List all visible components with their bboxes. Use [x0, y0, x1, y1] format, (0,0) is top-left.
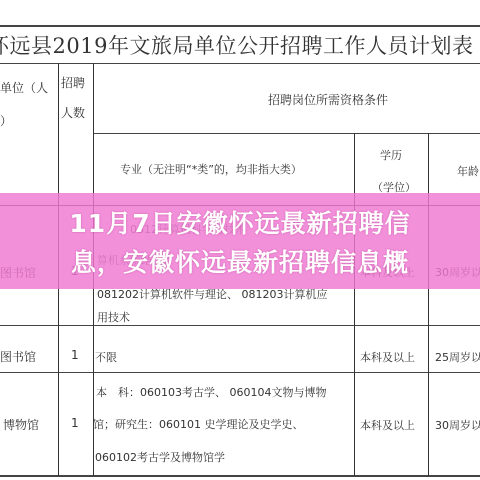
document-title: 怀远县2019年文旅局单位公开招聘工作人员计划表	[0, 30, 473, 60]
header-unit: 单位（人	[0, 79, 48, 96]
subheader-education-line1: 学历	[380, 147, 402, 163]
headline-line1: 11月7日安徽怀远最新招聘信	[0, 204, 480, 240]
header-top-border	[0, 63, 480, 64]
row3-unit: 博物馆	[3, 416, 39, 433]
row2-unit: 图书馆	[0, 348, 36, 365]
header-unit-line2: ）	[0, 112, 12, 129]
row3-major-line2: 馆；研究生：060101 史学理论及史学史、	[93, 416, 304, 432]
row3-age: 30周岁以	[435, 417, 480, 433]
subheader-age: 年龄	[457, 163, 479, 179]
row3-education: 本科及以上	[360, 417, 415, 433]
row2-top-border	[0, 325, 480, 326]
row1-major-line4: 用技术	[97, 309, 130, 325]
row3-count: 1	[71, 416, 79, 430]
row2-major-line1: 不限	[95, 349, 117, 365]
headline-banner: 11月7日安徽怀远最新招聘信 息，安徽怀远最新招聘信息概	[0, 193, 480, 289]
subheader-border	[93, 133, 480, 134]
row2-education: 本科及以上	[360, 349, 415, 365]
headline-line2: 息，安徽怀远最新招聘信息概	[0, 243, 480, 279]
row3-major-line3: 060102考古学及博物馆学	[95, 449, 225, 465]
row3-top-border	[0, 372, 480, 373]
header-count-line1: 招聘	[61, 74, 85, 91]
table-bottom-border	[0, 475, 480, 477]
table-top-border	[0, 25, 480, 27]
row2-age: 25周岁以	[435, 349, 480, 365]
subheader-major: 专业（无注明“*类”的，均非指大类）	[120, 161, 302, 177]
col-divider-4	[428, 133, 429, 476]
row3-major-line1: 本 科：060103考古学、 060104文物与博物	[96, 384, 326, 400]
row2-count: 1	[71, 348, 79, 362]
col-divider-3	[354, 133, 355, 476]
header-count-line2: 人数	[61, 104, 85, 121]
header-requirements: 招聘岗位所需资格条件	[268, 91, 388, 108]
